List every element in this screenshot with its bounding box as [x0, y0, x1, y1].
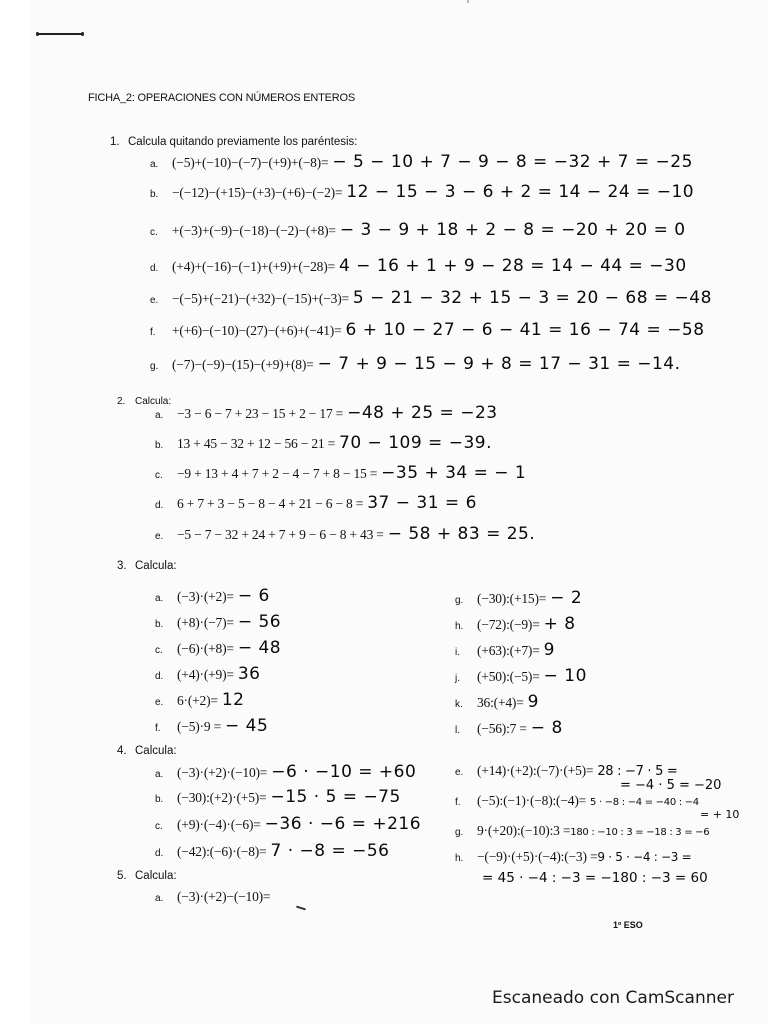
handwritten-answer: 5 − 21 − 32 + 15 − 3 = 20 − 68 = −48: [353, 288, 712, 308]
handwritten-answer: 5 · −8 : −4 = −40 : −4: [590, 797, 699, 808]
section-number: 2.: [117, 396, 135, 407]
item-letter: j.: [455, 673, 477, 684]
handwritten-answer: 7 · −8 = −56: [270, 841, 389, 861]
handwritten-answer-continuation: = −4 · 5 = −20: [620, 778, 721, 793]
section-title: Calcula:: [135, 870, 177, 882]
exercise-3a: a.(−3)·(+2)=− 6: [155, 586, 270, 606]
item-letter: c.: [155, 821, 177, 832]
section-4-heading: 4.Calcula:: [117, 745, 177, 757]
item-letter: d.: [155, 671, 177, 682]
section-3-heading: 3.Calcula:: [117, 560, 177, 572]
expression: (−3)·(+2)·(−10)=: [177, 765, 267, 780]
exercise-4h: h.−(−9)·(+5)·(−4):(−3) =9 · 5 · −4 : −3 …: [455, 848, 691, 866]
item-letter: f.: [150, 327, 172, 338]
scan-artifact: [467, 0, 469, 3]
exercise-3l: l.(−56):7 =− 8: [455, 718, 563, 738]
expression: (−42):(−6)·(−8)=: [177, 844, 266, 859]
expression: (−30):(+15)=: [477, 591, 546, 606]
section-number: 5.: [117, 870, 135, 882]
item-letter: b.: [155, 619, 177, 630]
item-letter: h.: [455, 853, 477, 864]
handwritten-answer: − 6: [238, 586, 270, 606]
item-letter: f.: [455, 797, 477, 808]
handwritten-answer: −48 + 25 = −23: [347, 403, 498, 423]
expression: −(−9)·(+5)·(−4):(−3) =: [477, 849, 597, 864]
expression: (−6)·(+8)=: [177, 641, 234, 656]
item-letter: e.: [455, 767, 477, 778]
course-level: 1º ESO: [613, 920, 643, 930]
expression: (+8)·(−7)=: [177, 615, 234, 630]
item-letter: a.: [155, 593, 177, 604]
exercise-4b: b.(−30):(+2)·(+5)=−15 · 5 = −75: [155, 787, 401, 807]
handwritten-answer-continuation: = 45 · −4 : −3 = −180 : −3 = 60: [482, 870, 708, 886]
handwritten-answer: + 8: [544, 614, 576, 634]
item-letter: c.: [155, 470, 177, 481]
exercise-4f: f.(−5):(−1)·(−8):(−4)=5 · −8 : −4 = −40 …: [455, 792, 699, 810]
handwritten-answer: 6 + 10 − 27 − 6 − 41 = 16 − 74 = −58: [346, 320, 705, 340]
item-letter: h.: [455, 621, 477, 632]
item-letter: l.: [455, 725, 477, 736]
expression: (−7)−(−9)−(15)−(+9)+(8)=: [172, 357, 314, 372]
item-letter: a.: [150, 159, 172, 170]
expression: −5 − 7 − 32 + 24 + 7 + 9 − 6 − 8 + 43 =: [177, 527, 384, 542]
handwritten-answer: −6 · −10 = +60: [271, 762, 416, 782]
section-title: Calcula:: [135, 745, 177, 757]
exercise-1d: d.(+4)+(−16)−(−1)+(+9)+(−28)=4 − 16 + 1 …: [150, 256, 687, 276]
exercise-4g: g.9·(+20):(−10):3 =180 : −10 : 3 = −18 :…: [455, 822, 709, 840]
expression: (−30):(+2)·(+5)=: [177, 790, 266, 805]
scan-corner-mark: [37, 33, 83, 35]
item-letter: b.: [155, 794, 177, 805]
exercise-3f: f.(−5)·9 =− 45: [155, 716, 268, 736]
section-1-heading: 1.Calcula quitando previamente los parén…: [110, 136, 358, 148]
handwritten-answer: 12: [222, 690, 245, 710]
section-5-heading: 5.Calcula:: [117, 870, 177, 882]
handwritten-answer: − 8: [531, 718, 563, 738]
section-title: Calcula quitando previamente los parénte…: [128, 136, 358, 148]
handwritten-answer: 180 : −10 : 3 = −18 : 3 = −6: [570, 827, 709, 838]
item-letter: f.: [155, 723, 177, 734]
section-title: Calcula:: [135, 560, 177, 572]
expression: 36:(+4)=: [477, 695, 524, 710]
exercise-1c: c.+(−3)+(−9)−(−18)−(−2)−(+8)=− 3 − 9 + 1…: [150, 220, 686, 240]
exercise-1a: a.(−5)+(−10)−(−7)−(+9)+(−8)=− 5 − 10 + 7…: [150, 152, 693, 172]
item-letter: c.: [155, 645, 177, 656]
handwritten-answer: − 3 − 9 + 18 + 2 − 8 = −20 + 20 = 0: [340, 220, 686, 240]
expression: 6 + 7 + 3 − 5 − 8 − 4 + 21 − 6 − 8 =: [177, 496, 363, 511]
expression: (−5):(−1)·(−8):(−4)=: [477, 793, 586, 808]
item-letter: k.: [455, 699, 477, 710]
exercise-4a: a.(−3)·(+2)·(−10)=−6 · −10 = +60: [155, 762, 416, 782]
section-number: 1.: [110, 136, 128, 148]
exercise-4d: d.(−42):(−6)·(−8)=7 · −8 = −56: [155, 841, 390, 861]
exercise-1b: b.−(−12)−(+15)−(+3)−(+6)−(−2)=12 − 15 − …: [150, 182, 694, 202]
expression: (+50):(−5)=: [477, 669, 540, 684]
expression: (+63):(+7)=: [477, 643, 540, 658]
expression: 6·(+2)=: [177, 693, 218, 708]
exercise-1e: e.−(−5)+(−21)−(+32)−(−15)+(−3)=5 − 21 − …: [150, 288, 712, 308]
handwritten-answer: − 48: [238, 638, 281, 658]
handwritten-answer: − 2: [550, 588, 582, 608]
exercise-3c: c.(−6)·(+8)=− 48: [155, 638, 281, 658]
expression: (+4)+(−16)−(−1)+(+9)+(−28)=: [172, 259, 335, 274]
item-letter: d.: [155, 500, 177, 511]
expression: (+9)·(−4)·(−6)=: [177, 817, 261, 832]
section-number: 3.: [117, 560, 135, 572]
handwritten-answer: −15 · 5 = −75: [270, 787, 400, 807]
handwritten-answer: − 7 + 9 − 15 − 9 + 8 = 17 − 31 = −14.: [318, 354, 681, 374]
handwritten-answer: 9: [528, 692, 539, 712]
handwritten-answer: − 5 − 10 + 7 − 9 − 8 = −32 + 7 = −25: [332, 152, 692, 172]
exercise-4c: c.(+9)·(−4)·(−6)=−36 · −6 = +216: [155, 814, 421, 834]
exercise-3b: b.(+8)·(−7)=− 56: [155, 612, 281, 632]
item-letter: a.: [155, 769, 177, 780]
expression: (−5)+(−10)−(−7)−(+9)+(−8)=: [172, 155, 328, 170]
expression: +(−3)+(−9)−(−18)−(−2)−(+8)=: [172, 223, 336, 238]
handwritten-answer: − 45: [225, 716, 268, 736]
handwritten-answer: 9: [544, 640, 555, 660]
item-letter: e.: [150, 295, 172, 306]
exercise-3i: i.(+63):(+7)=9: [455, 640, 555, 660]
handwritten-answer-continuation: = + 10: [700, 808, 739, 821]
expression: +(+6)−(−10)−(27)−(+6)+(−41)=: [172, 323, 342, 338]
handwritten-answer: − 10: [544, 666, 587, 686]
expression: 9·(+20):(−10):3 =: [477, 823, 570, 838]
item-letter: c.: [150, 227, 172, 238]
item-letter: g.: [455, 827, 477, 838]
exercise-3k: k.36:(+4)=9: [455, 692, 539, 712]
expression: −3 − 6 − 7 + 23 − 15 + 2 − 17 =: [177, 406, 343, 421]
expression: −9 + 13 + 4 + 7 + 2 − 4 − 7 + 8 − 15 =: [177, 466, 377, 481]
section-number: 4.: [117, 745, 135, 757]
expression: (+14)·(+2):(−7)·(+5)=: [477, 763, 593, 778]
item-letter: g.: [455, 595, 477, 606]
item-letter: i.: [455, 647, 477, 658]
exercise-5a: a.(−3)·(+2)−(−10)=: [155, 886, 274, 906]
exercise-3d: d.(+4)·(+9)=36: [155, 664, 260, 684]
exercise-2c: c.−9 + 13 + 4 + 7 + 2 − 4 − 7 + 8 − 15 =…: [155, 463, 526, 483]
expression: (−3)·(+2)−(−10)=: [177, 889, 270, 904]
handwritten-answer: 12 − 15 − 3 − 6 + 2 = 14 − 24 = −10: [346, 182, 694, 202]
handwritten-answer: − 56: [238, 612, 281, 632]
expression: (−56):7 =: [477, 721, 527, 736]
item-letter: d.: [150, 263, 172, 274]
expression: (−3)·(+2)=: [177, 589, 234, 604]
expression: 13 + 45 − 32 + 12 − 56 − 21 =: [177, 436, 335, 451]
exercise-2b: b.13 + 45 − 32 + 12 − 56 − 21 =70 − 109 …: [155, 433, 492, 453]
handwritten-answer: 37 − 31 = 6: [367, 493, 477, 513]
handwritten-answer: −35 + 34 = − 1: [381, 463, 526, 483]
worksheet-title: FICHA_2: OPERACIONES CON NÚMEROS ENTEROS: [88, 92, 355, 104]
exercise-3e: e.6·(+2)=12: [155, 690, 244, 710]
handwritten-answer: 4 − 16 + 1 + 9 − 28 = 14 − 44 = −30: [339, 256, 687, 276]
camscanner-watermark: Escaneado con CamScanner: [492, 988, 734, 1008]
exercise-1f: f.+(+6)−(−10)−(27)−(+6)+(−41)=6 + 10 − 2…: [150, 320, 705, 340]
item-letter: e.: [155, 697, 177, 708]
item-letter: b.: [150, 189, 172, 200]
item-letter: d.: [155, 848, 177, 859]
handwritten-answer: 28 : −7 · 5 =: [597, 764, 677, 779]
exercise-3h: h.(−72):(−9)=+ 8: [455, 614, 576, 634]
item-letter: a.: [155, 893, 177, 904]
handwritten-answer: 36: [238, 664, 261, 684]
expression: (−72):(−9)=: [477, 617, 540, 632]
handwritten-answer: −36 · −6 = +216: [265, 814, 421, 834]
expression: (+4)·(+9)=: [177, 667, 234, 682]
expression: (−5)·9 =: [177, 719, 221, 734]
item-letter: a.: [155, 410, 177, 421]
exercise-3j: j.(+50):(−5)=− 10: [455, 666, 587, 686]
item-letter: e.: [155, 531, 177, 542]
item-letter: g.: [150, 361, 172, 372]
exercise-2d: d.6 + 7 + 3 − 5 − 8 − 4 + 21 − 6 − 8 =37…: [155, 493, 477, 513]
exercise-2e: e.−5 − 7 − 32 + 24 + 7 + 9 − 6 − 8 + 43 …: [155, 524, 535, 544]
exercise-2a: a.−3 − 6 − 7 + 23 − 15 + 2 − 17 =−48 + 2…: [155, 403, 498, 423]
handwritten-answer: − 58 + 83 = 25.: [388, 524, 536, 544]
handwritten-answer: 70 − 109 = −39.: [339, 433, 492, 453]
exercise-3g: g.(−30):(+15)=− 2: [455, 588, 582, 608]
expression: −(−12)−(+15)−(+3)−(+6)−(−2)=: [172, 185, 342, 200]
handwritten-answer: 9 · 5 · −4 : −3 =: [597, 850, 691, 864]
exercise-1g: g.(−7)−(−9)−(15)−(+9)+(8)=− 7 + 9 − 15 −…: [150, 354, 681, 374]
expression: −(−5)+(−21)−(+32)−(−15)+(−3)=: [172, 291, 349, 306]
item-letter: b.: [155, 440, 177, 451]
